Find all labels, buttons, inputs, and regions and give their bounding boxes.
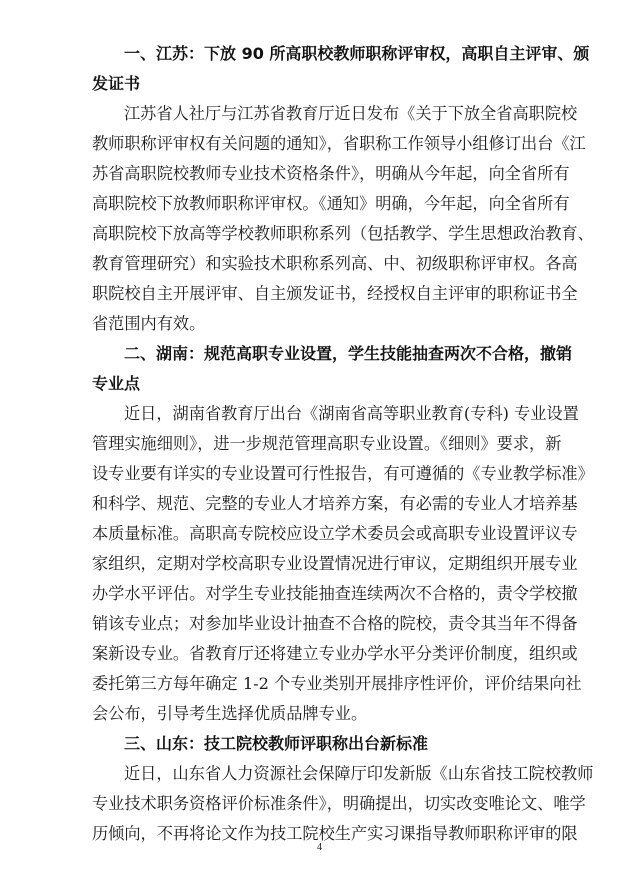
section-3-body-line: 专业技术职务资格评价标准条件》，明确提出，切实改变唯论文、唯学 xyxy=(92,792,559,816)
section-3-heading: 三、山东：技工院校教师评职称出台新标准 xyxy=(124,732,559,756)
section-1-body-line: 省范围内有效。 xyxy=(92,312,559,336)
section-1-body-line: 教育管理研究）和实验技术职称系列高、中、初级职称评审权。各高 xyxy=(92,252,559,276)
section-1-heading-line-1: 一、江苏：下放 90 所高职校教师职称评审权，高职自主评审、颁 xyxy=(124,42,559,66)
section-2-body-line: 设专业要有详实的专业设置可行性报告，有可遵循的《专业教学标准》 xyxy=(92,462,559,486)
section-2-body-line: 家组织，定期对学校高职专业设置情况进行审议，定期组织开展专业 xyxy=(92,552,559,576)
section-2-body-line: 办学水平评估。对学生专业技能抽查连续两次不合格的，责令学校撤 xyxy=(92,582,559,606)
section-2-body-line: 委托第三方每年确定 1-2 个专业类别开展排序性评价，评价结果向社 xyxy=(92,672,559,696)
section-1-body-line: 教师职称评审权有关问题的通知》，省职称工作领导小组修订出台《江 xyxy=(92,132,559,156)
section-1-body-line: 高职院校下放教师职称评审权。《通知》明确，今年起，向全省所有 xyxy=(92,192,559,216)
section-2-body-line: 销该专业点；对参加毕业设计抽查不合格的院校，责令其当年不得备 xyxy=(92,612,559,636)
section-1-body-line: 高职院校下放高等学校教师职称系列（包括教学、学生思想政治教育、 xyxy=(92,222,559,246)
section-2-heading-line-1: 二、湖南：规范高职专业设置，学生技能抽查两次不合格，撤销 xyxy=(124,342,559,366)
section-3-body-line: 近日，山东省人力资源社会保障厅印发新版《山东省技工院校教师 xyxy=(124,762,559,786)
section-2-body-line: 管理实施细则》，进一步规范管理高职专业设置。《细则》要求，新 xyxy=(92,432,559,456)
section-2-body-line: 会公布，引导考生选择优质品牌专业。 xyxy=(92,702,559,726)
section-1-heading-line-2: 发证书 xyxy=(92,72,559,96)
page-number: 4 xyxy=(0,842,639,853)
section-2-body-line: 案新设专业。省教育厅还将建立专业办学水平分类评价制度，组织或 xyxy=(92,642,559,666)
section-2-body-line: 和科学、规范、完整的专业人才培养方案，有必需的专业人才培养基 xyxy=(92,492,559,516)
document-page: 一、江苏：下放 90 所高职校教师职称评审权，高职自主评审、颁 发证书 江苏省人… xyxy=(0,0,639,891)
section-1-body-line: 江苏省人社厅与江苏省教育厅近日发布《关于下放全省高职院校 xyxy=(124,102,559,126)
section-1-body-line: 苏省高职院校教师专业技术资格条件》，明确从今年起，向全省所有 xyxy=(92,162,559,186)
section-1-body-line: 职院校自主开展评审、自主颁发证书，经授权自主评审的职称证书全 xyxy=(92,282,559,306)
section-2-body-line: 本质量标准。高职高专院校应设立学术委员会或高职专业设置评议专 xyxy=(92,522,559,546)
section-2-body-line: 近日，湖南省教育厅出台《湖南省高等职业教育(专科) 专业设置 xyxy=(124,402,559,426)
section-2-heading-line-2: 专业点 xyxy=(92,372,559,396)
